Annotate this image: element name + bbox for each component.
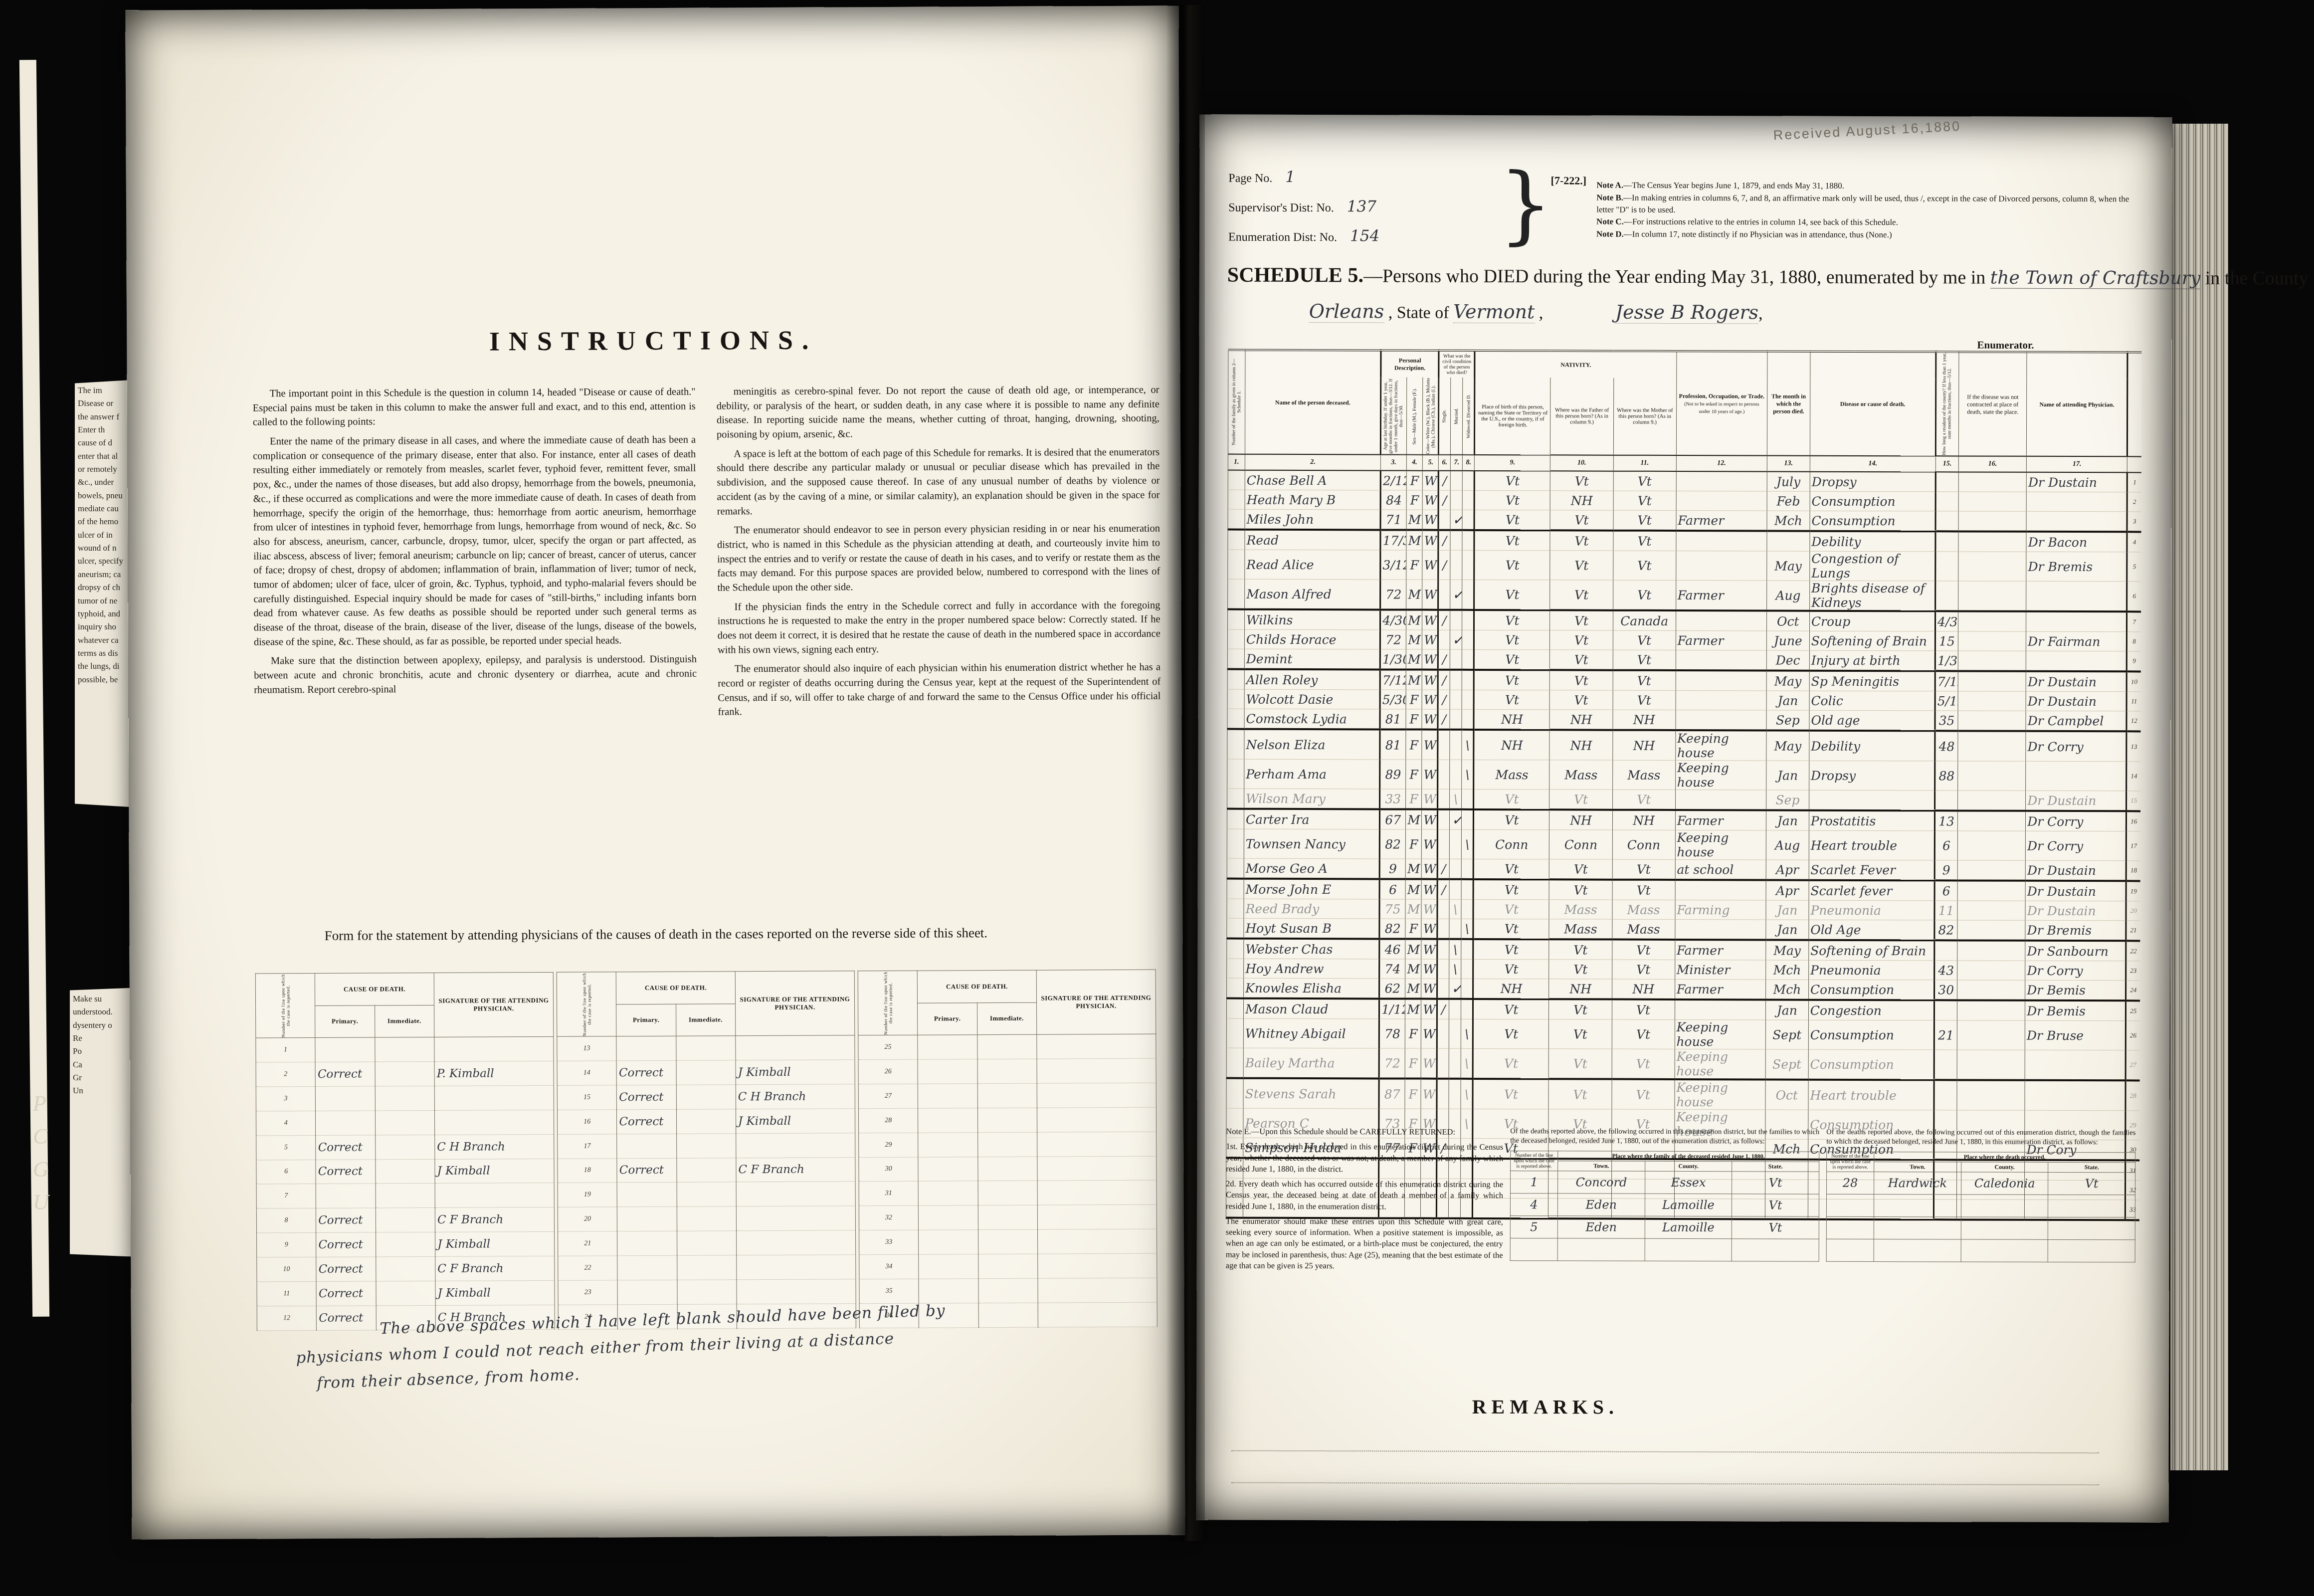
immediate-entry: [978, 1254, 1038, 1278]
census-row: Morse Geo A9MW/VtVtVtat schoolAprScarlet…: [1227, 858, 2140, 881]
primary-entry: [617, 1255, 677, 1280]
col15-header: How long a resident of the county? If le…: [1935, 352, 1959, 456]
cell-m: [1449, 1019, 1461, 1048]
cell-color: W: [1422, 610, 1438, 630]
cell-s: [1438, 510, 1450, 530]
col7-header: Married.: [1451, 378, 1463, 455]
returns-cell: [1961, 1217, 2048, 1239]
census-row: Childs Horace72MW✓VtVtVtFarmerJuneSoften…: [1227, 629, 2141, 651]
returns-cell: Lamoille: [1645, 1216, 1732, 1238]
cell-phys: [2025, 1050, 2125, 1080]
cell-pob: Vt: [1474, 649, 1550, 670]
cell-phys: Dr Corry: [2025, 961, 2126, 981]
line-number: 16: [2126, 811, 2140, 831]
county-of-label: in the County of: [2205, 268, 2314, 289]
cell-place: [1957, 860, 2025, 881]
primary-entry: [919, 1254, 978, 1279]
cell-fam: [1228, 470, 1245, 490]
returns-place-header: Place where the family of the deceased r…: [1558, 1151, 1819, 1162]
physician-signature: [434, 1110, 554, 1135]
cell-m: \: [1449, 939, 1461, 960]
cell-occ: [1676, 551, 1766, 580]
line-number-column-header: [2127, 352, 2142, 456]
cell-res: [1935, 552, 1958, 581]
cell-color: W: [1421, 859, 1437, 879]
cell-sex: M: [1406, 530, 1422, 551]
cell-m: [1450, 610, 1462, 630]
cell-disease: Scarlet Fever: [1809, 860, 1934, 880]
physician-form-group: Number of the line upon which the case i…: [557, 971, 856, 1330]
cell-mo: Vt: [1612, 1019, 1675, 1049]
physician-form-row: 19: [558, 1182, 855, 1207]
cell-res: 5/12: [1935, 691, 1958, 711]
cell-mo: Vt: [1613, 630, 1676, 650]
cell-m: [1450, 859, 1462, 879]
cell-m: [1449, 1048, 1461, 1079]
cell-m: [1449, 879, 1461, 900]
physician-signature: [1037, 1034, 1156, 1059]
cell-w: [1462, 630, 1474, 649]
returns-line-col-header: Number of the line upon which the case i…: [1511, 1151, 1558, 1171]
cell-pob: Vt: [1474, 859, 1549, 879]
cell-s: /: [1438, 649, 1450, 670]
cell-fam: [1227, 918, 1244, 939]
cell-age: 78: [1379, 1019, 1405, 1048]
immediate-entry: [677, 1255, 737, 1280]
cell-disease: Consumption: [1810, 491, 1935, 511]
immediate-entry: [677, 1182, 737, 1206]
cell-m: [1449, 999, 1461, 1019]
physician-signature: [434, 1085, 554, 1110]
immediate-entry: [375, 1061, 435, 1086]
cell-w: [1462, 490, 1474, 510]
column-number: 8.: [1463, 455, 1475, 471]
right-page-schedule: Received August 16,1880 [7-222.] Page No…: [1196, 114, 2172, 1522]
line-number: 25: [2126, 1000, 2140, 1021]
cell-res: 48: [1935, 731, 1958, 761]
cell-w: [1461, 979, 1473, 999]
cell-sex: M: [1406, 809, 1422, 830]
cell-res: 35: [1935, 711, 1958, 731]
cell-fam: [1227, 829, 1244, 858]
cell-fa: NH: [1549, 979, 1612, 999]
returns-cell: Hardwick: [1874, 1172, 1961, 1194]
col12-header: Profession, Occupation, or Trade. (Not t…: [1676, 351, 1767, 455]
cell-name: Heath Mary B: [1245, 490, 1380, 510]
cell-pob: Vt: [1474, 690, 1549, 709]
line-number: 9: [257, 1233, 317, 1257]
physician-signature: P. Kimball: [434, 1061, 554, 1086]
line-number: 3: [2127, 512, 2141, 532]
col12-header-sub: (Not to be asked in respect to persons u…: [1684, 401, 1759, 414]
cell-month: Oct: [1766, 610, 1809, 631]
line-number: 23: [558, 1280, 618, 1305]
cell-fa: NH: [1549, 710, 1612, 730]
cell-phys: [2026, 511, 2127, 532]
cell-mo: Vt: [1612, 1079, 1675, 1110]
returns-cell: Lamoille: [1645, 1194, 1732, 1216]
cell-w: \: [1462, 829, 1474, 859]
cell-sex: M: [1406, 630, 1422, 649]
cell-m: \: [1450, 789, 1462, 809]
cell-name: Webster Chas: [1244, 939, 1379, 959]
physician-signature: J Kimball: [435, 1280, 555, 1305]
cell-color: W: [1422, 471, 1438, 491]
cell-place: [1958, 492, 2026, 511]
cell-fa: Vt: [1549, 1019, 1612, 1049]
cell-res: 15: [1935, 631, 1958, 651]
cell-color: W: [1421, 959, 1437, 979]
cell-pob: Vt: [1473, 1048, 1548, 1079]
cell-s: /: [1438, 490, 1450, 510]
line-number: 27: [858, 1084, 918, 1108]
cell-fam: [1227, 879, 1244, 899]
cell-w: [1461, 959, 1473, 979]
primary-entry: Correct: [617, 1085, 677, 1109]
cell-m: [1451, 471, 1463, 491]
immediate-entry: [677, 1206, 737, 1231]
col10-header: Where was the Father of this person born…: [1550, 378, 1613, 455]
column-number: 11.: [1613, 455, 1676, 471]
column-number: 10.: [1550, 455, 1613, 471]
cell-fam: [1228, 509, 1245, 530]
cell-age: 9: [1379, 859, 1405, 879]
cell-m: [1450, 829, 1462, 859]
returns-left-table: Number of the line upon which the case i…: [1510, 1151, 1820, 1262]
mortality-schedule-table: Number of the family as given in column …: [1226, 349, 2142, 1221]
cell-occ: Farmer: [1675, 810, 1766, 830]
line-number: 3: [256, 1086, 316, 1111]
line-col-header: Number of the line upon which the case i…: [858, 971, 918, 1035]
cell-name: Read Alice: [1245, 550, 1380, 580]
cell-phys: Dr Dustain: [2026, 691, 2126, 711]
cell-disease: Debility: [1809, 731, 1935, 761]
cell-name: Carter Ira: [1244, 809, 1379, 829]
cell-color: W: [1422, 630, 1438, 649]
note-label: Note D.: [1596, 229, 1624, 239]
cell-mo: NH: [1612, 730, 1675, 761]
cell-disease: Old Age: [1809, 920, 1934, 940]
cell-age: 62: [1379, 979, 1405, 999]
cell-s: /: [1437, 859, 1449, 879]
cell-occ: [1676, 650, 1766, 670]
column-number: [2127, 456, 2141, 472]
cell-mo: Canada: [1613, 610, 1676, 631]
signature-header: SIGNATURE OF THE ATTENDING PHYSICIAN.: [1036, 970, 1156, 1034]
cell-occ: Farmer: [1676, 630, 1766, 650]
cell-phys: Dr Corry: [2026, 731, 2126, 762]
returns-cell: [2048, 1217, 2135, 1239]
cell-pob: Vt: [1474, 580, 1550, 610]
cell-sex: F: [1406, 690, 1422, 709]
cell-m: [1449, 1079, 1461, 1109]
note-e-paragraph: 1st. Every death which has occurred in t…: [1226, 1141, 1503, 1175]
primary-entry: [918, 1084, 978, 1108]
cell-phys: Dr Corry: [2026, 811, 2126, 831]
col8-header: Widowed. Divorced D.: [1463, 378, 1475, 455]
col12-header-main: Profession, Occupation, or Trade.: [1679, 392, 1765, 399]
census-row: Allen Roley7/12MW/VtVtVtMaySp Meningitis…: [1227, 669, 2141, 692]
returns-cell: 28: [1827, 1172, 1874, 1194]
cell-disease: Heart trouble: [1808, 1080, 1934, 1110]
cell-month: Aug: [1766, 581, 1809, 611]
cell-name: Bailey Martha: [1243, 1048, 1379, 1078]
physician-signature: C H Branch: [435, 1134, 554, 1159]
cell-month: May: [1766, 730, 1809, 761]
note-line: Note C.—For instructions relative to the…: [1596, 216, 2141, 229]
physician-signature: [434, 1036, 554, 1061]
cell-fam: [1228, 530, 1245, 550]
cell-occ: [1675, 790, 1766, 810]
physician-signature: [736, 1133, 855, 1158]
cell-color: W: [1422, 670, 1438, 690]
cell-w: [1461, 879, 1473, 900]
cell-sex: M: [1406, 510, 1422, 530]
returns-cell: 4: [1510, 1193, 1557, 1215]
cell-fam: [1227, 978, 1244, 998]
physician-signature: J Kimball: [736, 1060, 855, 1085]
physician-form-row: 11CorrectJ Kimball: [257, 1280, 555, 1306]
cell-month: Mch: [1765, 980, 1808, 1000]
cell-place: [1957, 1050, 2025, 1080]
cell-pob: Vt: [1474, 510, 1550, 530]
returns-cell: 5: [1510, 1215, 1557, 1238]
census-row: Read17/30MW/VtVtVtDebilityDr Bacon4: [1228, 530, 2141, 552]
cell-fa: Vt: [1548, 1079, 1611, 1109]
cell-name: Hoyt Susan B: [1244, 918, 1379, 939]
instructions-columns: The important point in this Schedule is …: [253, 383, 1161, 727]
cell-place: [1958, 581, 2026, 611]
cell-month: Aug: [1766, 830, 1809, 860]
cell-m: ✓: [1450, 510, 1462, 530]
cell-mo: Vt: [1613, 650, 1676, 670]
primary-entry: [919, 1205, 978, 1230]
immediate-entry: [978, 1157, 1038, 1181]
census-row: Chase Bell A2/12FW/VtVtVtJulyDropsyDr Du…: [1228, 470, 2141, 492]
column-number: 3.: [1381, 454, 1407, 470]
line-number: 17: [2126, 831, 2140, 861]
cell-disease: Colic: [1809, 691, 1935, 711]
cell-w: [1462, 580, 1474, 610]
cell-name: Townsen Nancy: [1244, 829, 1379, 859]
cell-color: W: [1421, 879, 1437, 900]
line-number: 14: [2126, 762, 2140, 791]
primary-entry: [617, 1231, 677, 1256]
primary-entry: [918, 1108, 978, 1132]
primary-entry: Correct: [616, 1060, 676, 1085]
instructions-column-left: The important point in this Schedule is …: [253, 385, 697, 727]
returns-cell: [1557, 1238, 1645, 1261]
primary-entry: [918, 1132, 978, 1157]
column-number: 17.: [2027, 456, 2127, 473]
cell-sex: F: [1406, 760, 1422, 789]
line-number: 11: [2126, 692, 2140, 711]
physician-form-row: 1: [256, 1036, 554, 1062]
cell-s: [1437, 959, 1449, 979]
cell-color: W: [1422, 760, 1438, 789]
cell-res: 9: [1934, 860, 1957, 881]
cell-fam: [1226, 998, 1243, 1019]
cell-age: 46: [1379, 939, 1405, 959]
immediate-entry: [375, 1037, 434, 1061]
column-number: 13.: [1767, 455, 1810, 471]
primary-header: Primary.: [315, 1005, 375, 1037]
immediate-entry: [977, 1034, 1037, 1059]
cell-pob: Vt: [1474, 789, 1549, 809]
cell-phys: [2025, 1080, 2125, 1111]
returns-row-item: [1826, 1194, 2135, 1217]
cell-color: W: [1421, 1019, 1437, 1048]
cell-month: Apr: [1766, 860, 1809, 880]
comma-sep: ,: [1539, 304, 1611, 322]
cell-s: [1437, 979, 1449, 999]
cell-mo: Mass: [1612, 760, 1675, 790]
line-number: 28: [2125, 1080, 2139, 1111]
immediate-entry: [376, 1184, 435, 1208]
cell-mo: Vt: [1613, 531, 1676, 551]
line-number: 18: [2126, 861, 2140, 881]
cell-color: W: [1422, 550, 1438, 580]
cell-m: [1450, 530, 1462, 551]
returns-row-item: 4EdenLamoilleVt: [1510, 1193, 1819, 1216]
cell-res: [1934, 1000, 1957, 1020]
primary-entry: [617, 1280, 677, 1304]
cell-w: [1462, 649, 1474, 670]
cell-place: [1958, 531, 2026, 552]
cell-fa: Mass: [1549, 900, 1612, 919]
cell-w: [1462, 809, 1474, 830]
cell-s: [1437, 1019, 1449, 1048]
cell-phys: Dr Bruse: [2025, 1020, 2125, 1050]
cause-of-death-header: CAUSE OF DEATH.: [616, 972, 736, 1004]
cell-w: [1462, 550, 1474, 580]
primary-entry: [316, 1111, 376, 1135]
cell-phys: [2026, 651, 2126, 671]
line-number: 6: [256, 1160, 316, 1184]
cell-fam: [1227, 959, 1244, 978]
cell-phys: Dr Sanbourn: [2025, 941, 2126, 961]
line-number: 27: [2125, 1050, 2139, 1081]
cell-fam: [1227, 759, 1244, 789]
cell-occ: [1675, 880, 1766, 900]
cell-res: [1934, 1050, 1957, 1080]
cell-phys: [2026, 761, 2126, 791]
returns-row-item: 1ConcordEssexVt: [1511, 1171, 1819, 1194]
cell-name: Childs Horace: [1244, 629, 1380, 649]
returns-row-item: [1826, 1216, 2135, 1240]
census-row: Wilkins4/30MW/VtVtCanadaOctCroup4/307: [1227, 609, 2141, 632]
cell-age: 87: [1379, 1078, 1405, 1109]
cell-fa: Vt: [1549, 879, 1612, 900]
cell-s: /: [1437, 879, 1449, 900]
instructions-paragraph: Enter the name of the primary disease in…: [253, 433, 697, 649]
cell-place: [1957, 901, 2025, 920]
immediate-entry: [375, 1110, 435, 1135]
cell-place: [1958, 631, 2026, 651]
cell-fam: [1227, 649, 1244, 669]
cell-mo: Vt: [1612, 940, 1675, 960]
cell-fa: Vt: [1550, 580, 1613, 610]
primary-entry: Correct: [617, 1109, 677, 1134]
primary-entry: Correct: [316, 1232, 376, 1257]
cell-s: [1438, 809, 1450, 830]
cell-disease: Debility: [1810, 531, 1935, 552]
physician-signature: J Kimball: [435, 1159, 554, 1184]
cell-phys: [2026, 492, 2127, 512]
returns-col-header: Town.: [1874, 1162, 1961, 1172]
line-number: 22: [558, 1256, 618, 1280]
comma2: ,: [1758, 304, 1763, 323]
cell-age: 17/30: [1380, 530, 1406, 550]
cell-pob: Vt: [1474, 630, 1550, 649]
cell-pob: Vt: [1473, 959, 1549, 979]
cell-phys: Dr Dustain: [2025, 901, 2126, 921]
cell-fa: NH: [1550, 491, 1613, 510]
cell-disease: Heart trouble: [1809, 830, 1934, 860]
cell-sex: M: [1405, 979, 1421, 999]
cell-name: Miles John: [1245, 509, 1380, 530]
cell-pob: Vt: [1474, 530, 1550, 551]
immediate-entry: [977, 1083, 1037, 1108]
cell-sex: F: [1406, 550, 1422, 580]
enumerator-label: Enumerator.: [1977, 339, 2034, 352]
column-number: 5.: [1423, 455, 1439, 471]
returns-header: Number of the line upon which the case i…: [1827, 1152, 2135, 1173]
married-checkmark: ✓: [1452, 631, 1462, 648]
cell-color: W: [1422, 510, 1438, 530]
married-checkmark: ✓: [1451, 811, 1462, 828]
scanned-book-photo: { "meta": { "stamp": "Received August 16…: [0, 0, 2314, 1596]
returns-cell: [1645, 1238, 1732, 1261]
cell-occ: Farmer: [1675, 940, 1765, 960]
census-row: Stevens Sarah87FW\VtVtVtKeeping houseOct…: [1226, 1078, 2140, 1111]
cell-fam: [1227, 939, 1244, 959]
line-number: 26: [2126, 1021, 2140, 1050]
cell-sex: M: [1405, 939, 1421, 960]
primary-entry: Correct: [316, 1257, 376, 1281]
cell-res: [1934, 1080, 1957, 1110]
primary-entry: [315, 1037, 375, 1062]
cell-month: Jan: [1766, 761, 1809, 790]
census-row: Heath Mary B84FW/VtNHVtFebConsumption2: [1228, 490, 2141, 512]
cell-fa: Vt: [1550, 551, 1613, 580]
cell-age: 74: [1379, 959, 1405, 979]
cell-name: Chase Bell A: [1245, 470, 1380, 490]
primary-entry: [617, 1183, 677, 1207]
cell-fa: NH: [1549, 730, 1612, 760]
note-label: Note C.: [1596, 217, 1624, 226]
cell-age: 75: [1379, 899, 1405, 919]
physician-form-row: 7: [256, 1183, 554, 1209]
primary-entry: [918, 1181, 978, 1205]
cell-occ: [1676, 690, 1766, 710]
cell-sex: F: [1405, 1019, 1421, 1048]
column-number: 1.: [1228, 454, 1245, 470]
cell-color: W: [1421, 899, 1437, 919]
cell-age: 7/12: [1380, 669, 1406, 690]
cell-pob: Vt: [1473, 939, 1549, 960]
cell-pob: Vt: [1473, 919, 1549, 939]
cell-age: 5/30: [1380, 690, 1406, 709]
primary-entry: [918, 1059, 977, 1084]
cell-pob: NH: [1473, 979, 1549, 999]
column-number: 7.: [1451, 455, 1463, 471]
returns-cell: [1732, 1238, 1819, 1261]
cell-fa: Mass: [1549, 760, 1612, 790]
note-e-paragraph: The enumerator should make these entries…: [1226, 1215, 1503, 1272]
cell-fa: Vt: [1549, 960, 1612, 979]
returns-cell: [1961, 1195, 2048, 1217]
